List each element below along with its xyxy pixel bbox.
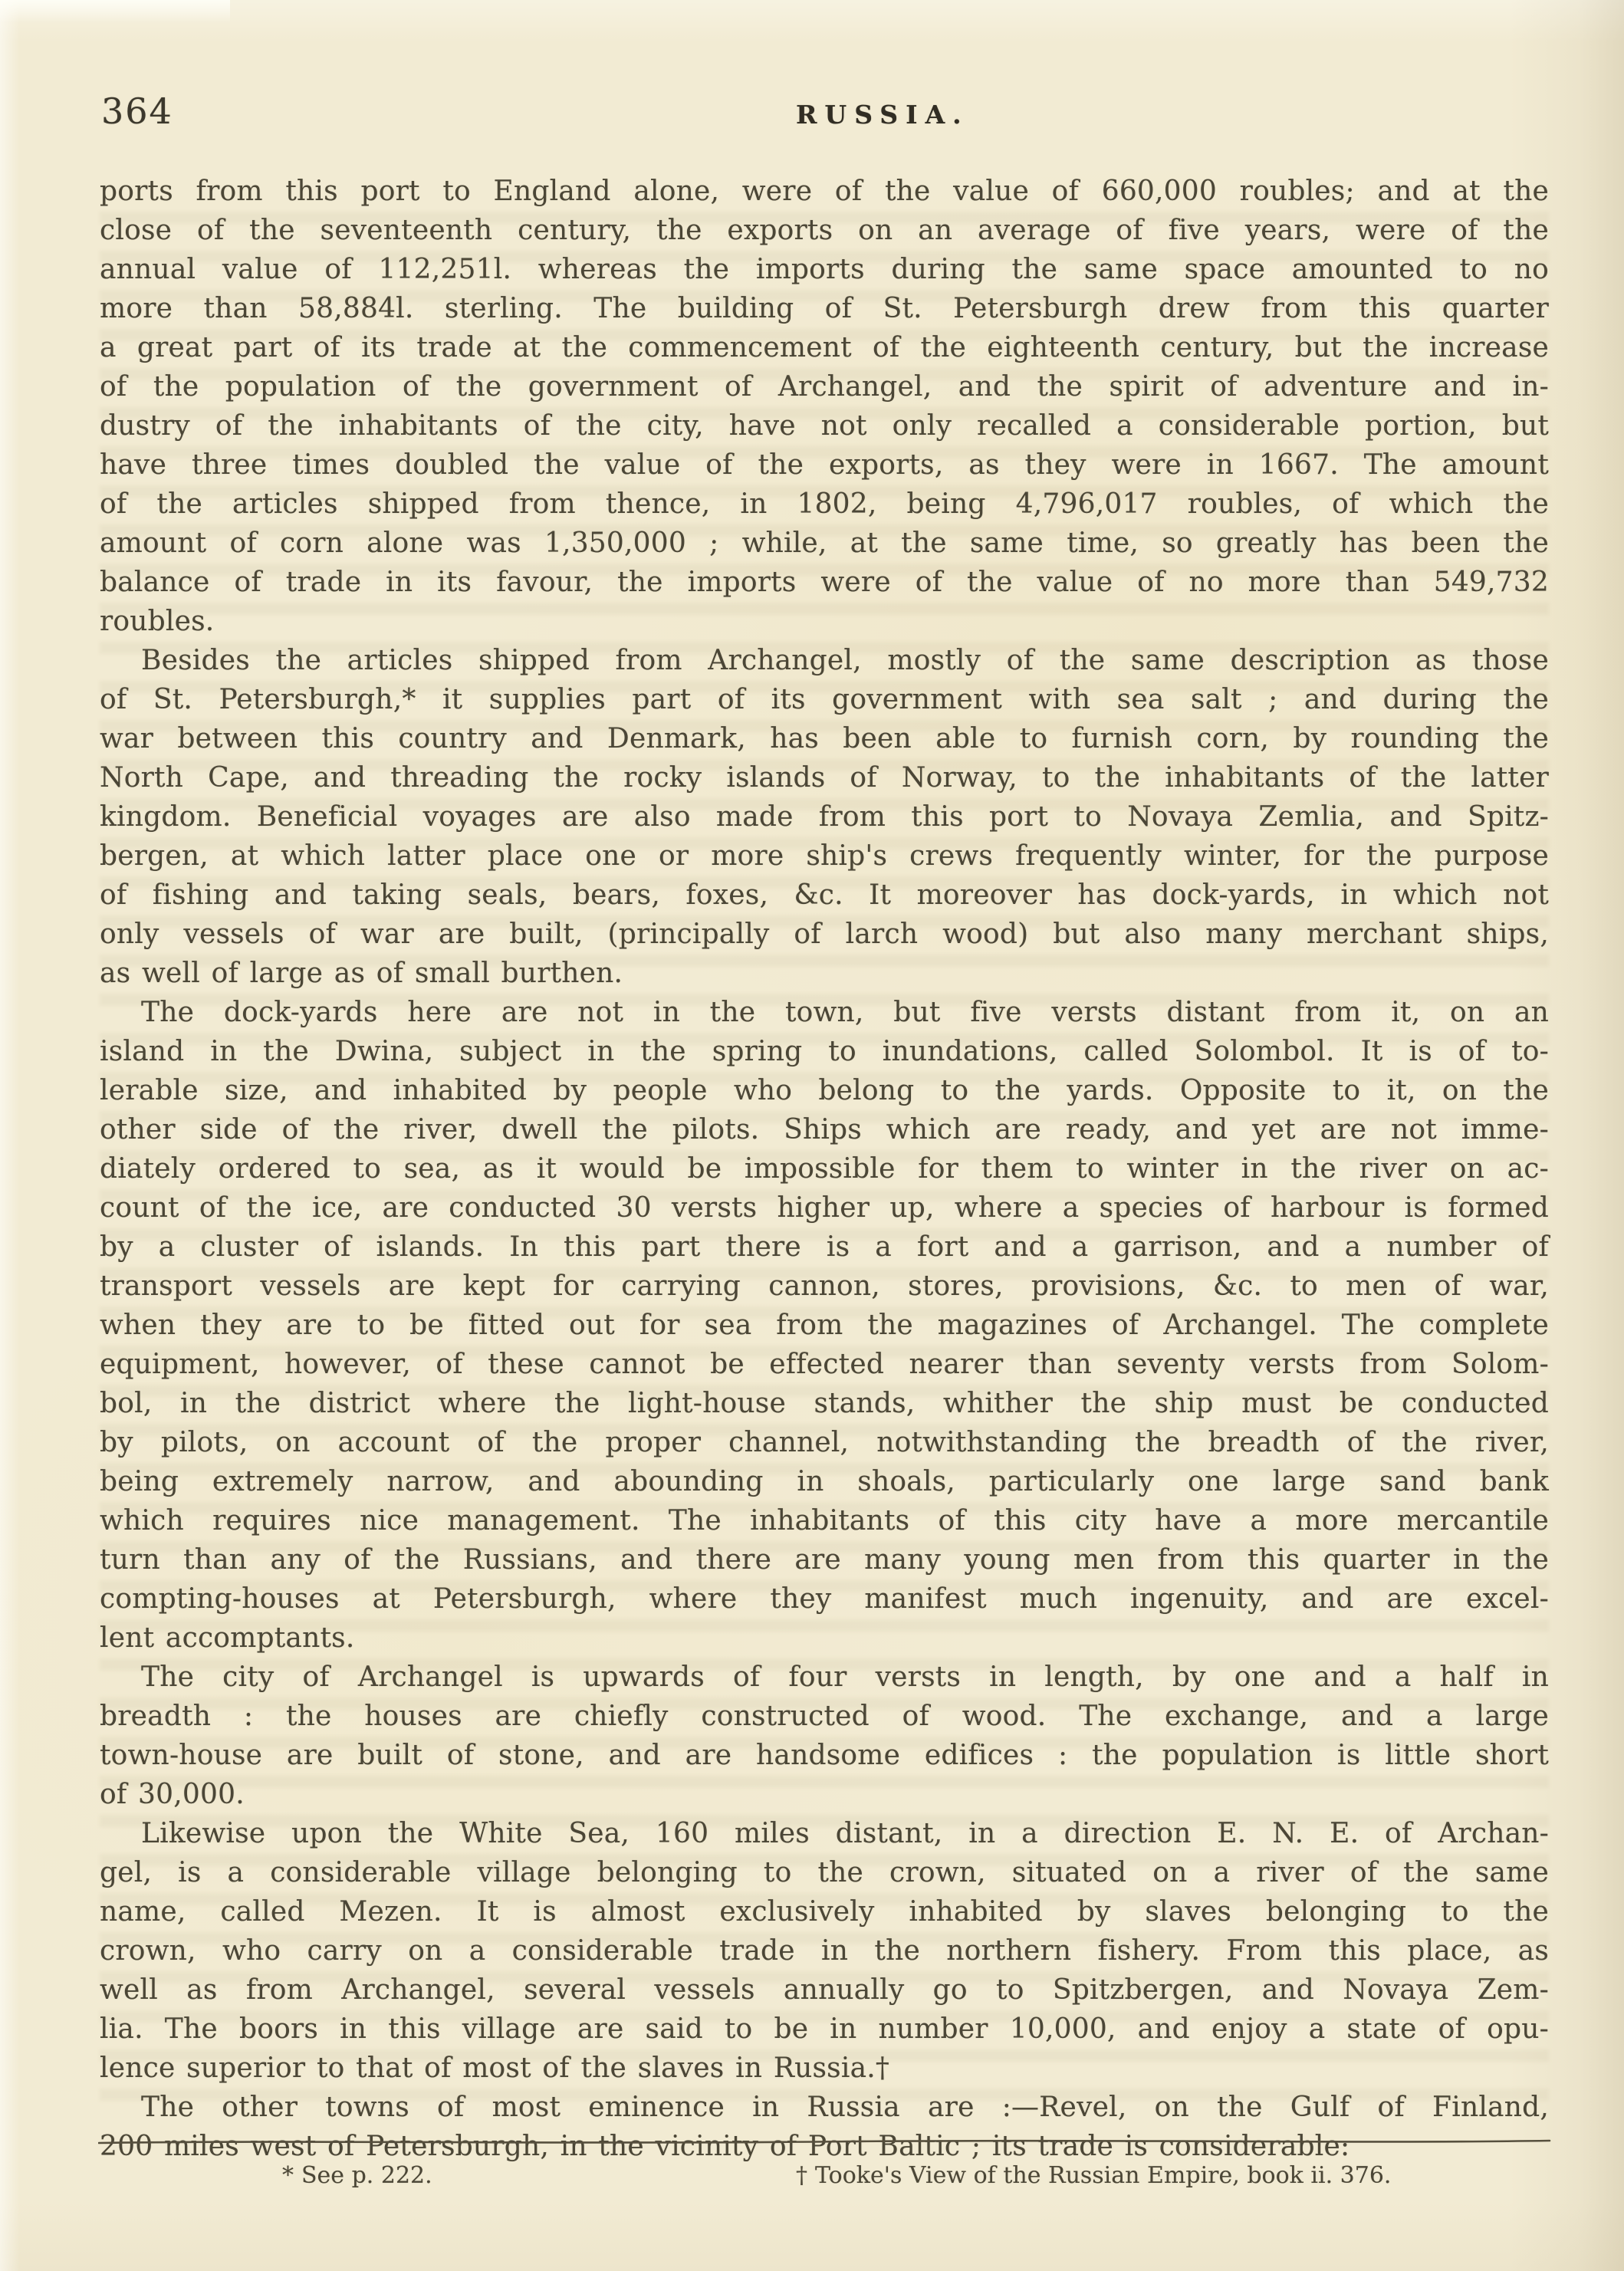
footnote-tooke-reference: †Tooke's View of the Russian Empire, boo…	[796, 2162, 1391, 2189]
footnote-rule	[98, 2135, 1551, 2142]
paragraph: Besides the articles shipped from Archan…	[100, 641, 1549, 993]
asterisk-marker: *	[282, 2162, 301, 2189]
dagger-marker: †	[796, 2162, 815, 2189]
body-text: ports from this port to England alone, w…	[100, 172, 1549, 2166]
text-line: island in the Dwina, subject in the spri…	[100, 1032, 1549, 1071]
paragraph: The dock-yards here are not in the town,…	[100, 993, 1549, 1658]
text-line: lerable size, and inhabited by people wh…	[100, 1071, 1549, 1110]
text-line: 200 miles west of Petersburgh, in the vi…	[100, 2127, 1549, 2166]
text-line: transport vessels are kept for carrying …	[100, 1267, 1549, 1306]
footnote-text: Tooke's View of the Russian Empire, book…	[815, 2162, 1391, 2189]
text-line: close of the seventeenth century, the ex…	[100, 211, 1549, 250]
text-line: only vessels of war are built, (principa…	[100, 915, 1549, 954]
text-line: crown, who carry on a considerable trade…	[100, 1931, 1549, 1970]
text-line: more than 58,884l. sterling. The buildin…	[100, 289, 1549, 328]
page-edge-highlight	[0, 0, 230, 23]
text-line: balance of trade in its favour, the impo…	[100, 563, 1549, 602]
text-line: equipment, however, of these cannot be e…	[100, 1345, 1549, 1384]
text-line: The dock-yards here are not in the town,…	[100, 993, 1549, 1032]
text-line: North Cape, and threading the rocky isla…	[100, 758, 1549, 797]
paragraph: Likewise upon the White Sea, 160 miles d…	[100, 1814, 1549, 2088]
text-line: which requires nice management. The inha…	[100, 1501, 1549, 1540]
book-page: 364 RUSSIA. ports from this port to Engl…	[0, 0, 1624, 2271]
text-line: have three times doubled the value of th…	[100, 445, 1549, 485]
text-line: count of the ice, are conducted 30 verst…	[100, 1188, 1549, 1228]
text-line: bergen, at which latter place one or mor…	[100, 836, 1549, 876]
text-line: when they are to be fitted out for sea f…	[100, 1306, 1549, 1345]
text-line: lent accomptants.	[100, 1619, 1549, 1658]
text-line: ports from this port to England alone, w…	[100, 172, 1549, 211]
text-line: by pilots, on account of the proper chan…	[100, 1423, 1549, 1462]
text-line: The other towns of most eminence in Russ…	[100, 2088, 1549, 2127]
paragraph: The other towns of most eminence in Russ…	[100, 2088, 1549, 2166]
text-line: roubles.	[100, 602, 1549, 641]
text-line: turn than any of the Russians, and there…	[100, 1540, 1549, 1579]
text-line: war between this country and Denmark, ha…	[100, 719, 1549, 758]
footnote-rule-line	[98, 2138, 1551, 2146]
text-line: The city of Archangel is upwards of four…	[100, 1658, 1549, 1697]
paragraph: ports from this port to England alone, w…	[100, 172, 1549, 641]
text-line: Likewise upon the White Sea, 160 miles d…	[100, 1814, 1549, 1853]
page-number: 364	[101, 90, 173, 132]
text-line: breadth : the houses are chiefly constru…	[100, 1697, 1549, 1736]
text-line: of fishing and taking seals, bears, foxe…	[100, 876, 1549, 915]
text-line: dustry of the inhabitants of the city, h…	[100, 406, 1549, 445]
text-line: lence superior to that of most of the sl…	[100, 2049, 1549, 2088]
text-line: gel, is a considerable village belonging…	[100, 1853, 1549, 1892]
text-line: diately ordered to sea, as it would be i…	[100, 1149, 1549, 1188]
text-line: Besides the articles shipped from Archan…	[100, 641, 1549, 680]
text-line: kingdom. Beneficial voyages are also mad…	[100, 797, 1549, 836]
text-line: by a cluster of islands. In this part th…	[100, 1228, 1549, 1267]
text-line: bol, in the district where the light-hou…	[100, 1384, 1549, 1423]
text-line: town-house are built of stone, and are h…	[100, 1736, 1549, 1775]
text-line: lia. The boors in this village are said …	[100, 2010, 1549, 2049]
text-line: compting-houses at Petersburgh, where th…	[100, 1579, 1549, 1619]
footnote-see-page: *See p. 222.	[282, 2162, 432, 2189]
text-line: of 30,000.	[100, 1775, 1549, 1814]
text-line: of the articles shipped from thence, in …	[100, 485, 1549, 524]
paragraph: The city of Archangel is upwards of four…	[100, 1658, 1549, 1814]
text-line: of St. Petersburgh,* it supplies part of…	[100, 680, 1549, 719]
text-line: annual value of 112,251l. whereas the im…	[100, 250, 1549, 289]
text-line: amount of corn alone was 1,350,000 ; whi…	[100, 524, 1549, 563]
text-line: as well of large as of small burthen.	[100, 954, 1549, 993]
text-line: of the population of the government of A…	[100, 367, 1549, 406]
text-line: other side of the river, dwell the pilot…	[100, 1110, 1549, 1149]
text-line: well as from Archangel, several vessels …	[100, 1970, 1549, 2010]
footnote-text: See p. 222.	[301, 2162, 432, 2189]
text-line: name, called Mezen. It is almost exclusi…	[100, 1892, 1549, 1931]
text-line: being extremely narrow, and abounding in…	[100, 1462, 1549, 1501]
text-line: a great part of its trade at the commenc…	[100, 328, 1549, 367]
running-head: RUSSIA.	[796, 100, 969, 130]
